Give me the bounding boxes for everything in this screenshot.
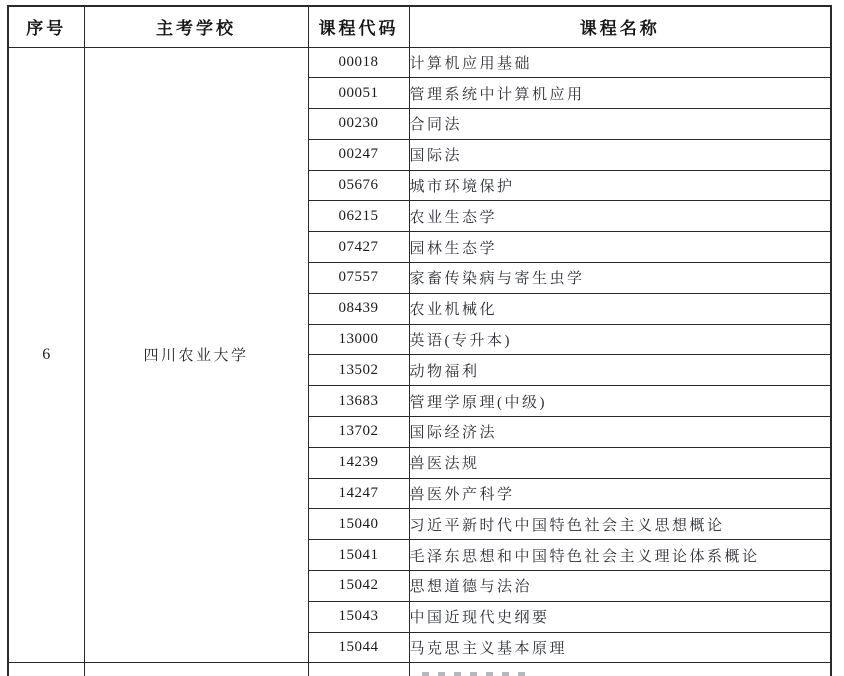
course-code-cell: 13000 xyxy=(308,324,409,355)
course-code-cell: 15042 xyxy=(308,571,409,602)
header-code: 课程代码 xyxy=(308,6,409,47)
course-code-cell: 15044 xyxy=(308,632,409,663)
partial-row xyxy=(8,663,831,676)
course-table-body: 6四川农业大学00018计算机应用基础00051管理系统中计算机应用00230合… xyxy=(8,47,831,663)
group-school-cell: 四川农业大学 xyxy=(84,47,308,663)
course-name-cell: 城市环境保护 xyxy=(409,170,831,201)
course-code-cell: 15043 xyxy=(308,601,409,632)
course-name-cell: 习近平新时代中国特色社会主义思想概论 xyxy=(409,509,831,540)
course-code-cell: 13702 xyxy=(308,417,409,448)
next-section-partial xyxy=(8,663,831,676)
header-row: 序号 主考学校 课程代码 课程名称 xyxy=(8,6,831,47)
partial-serial-cell xyxy=(8,663,84,676)
course-name-cell: 毛泽东思想和中国特色社会主义理论体系概论 xyxy=(409,540,831,571)
header-serial: 序号 xyxy=(8,6,84,47)
course-code-cell: 00051 xyxy=(308,78,409,109)
course-name-cell: 兽医法规 xyxy=(409,447,831,478)
course-code-cell: 00247 xyxy=(308,139,409,170)
course-name-cell: 英语(专升本) xyxy=(409,324,831,355)
course-code-cell: 07427 xyxy=(308,232,409,263)
course-name-cell: 管理系统中计算机应用 xyxy=(409,78,831,109)
course-code-cell: 13683 xyxy=(308,386,409,417)
header-school: 主考学校 xyxy=(84,6,308,47)
header-name: 课程名称 xyxy=(409,6,831,47)
course-code-cell: 05676 xyxy=(308,170,409,201)
group-serial-cell: 6 xyxy=(8,47,84,663)
course-code-cell: 07557 xyxy=(308,263,409,294)
course-code-cell: 00230 xyxy=(308,109,409,140)
course-code-cell: 15041 xyxy=(308,540,409,571)
course-name-cell: 农业机械化 xyxy=(409,293,831,324)
course-code-cell: 15040 xyxy=(308,509,409,540)
course-name-cell: 家畜传染病与寄生虫学 xyxy=(409,263,831,294)
partial-code-cell xyxy=(308,663,409,676)
course-row: 6四川农业大学00018计算机应用基础 xyxy=(8,47,831,78)
course-name-cell: 合同法 xyxy=(409,109,831,140)
partial-name-cell xyxy=(409,663,831,676)
course-name-cell: 中国近现代史纲要 xyxy=(409,601,831,632)
course-name-cell: 国际法 xyxy=(409,139,831,170)
table-header: 序号 主考学校 课程代码 课程名称 xyxy=(8,6,831,47)
course-name-cell: 兽医外产科学 xyxy=(409,478,831,509)
partial-school-cell xyxy=(84,663,308,676)
course-name-cell: 园林生态学 xyxy=(409,232,831,263)
course-code-cell: 00018 xyxy=(308,47,409,78)
course-name-cell: 管理学原理(中级) xyxy=(409,386,831,417)
course-table: 序号 主考学校 课程代码 课程名称 6四川农业大学00018计算机应用基础000… xyxy=(7,5,832,676)
course-name-cell: 马克思主义基本原理 xyxy=(409,632,831,663)
course-name-cell: 思想道德与法治 xyxy=(409,571,831,602)
course-code-cell: 14247 xyxy=(308,478,409,509)
course-name-cell: 计算机应用基础 xyxy=(409,47,831,78)
course-code-cell: 13502 xyxy=(308,355,409,386)
document-page: 序号 主考学校 课程代码 课程名称 6四川农业大学00018计算机应用基础000… xyxy=(0,0,844,676)
course-code-cell: 14239 xyxy=(308,447,409,478)
course-name-cell: 动物福利 xyxy=(409,355,831,386)
course-code-cell: 08439 xyxy=(308,293,409,324)
clipped-text-fragment xyxy=(422,672,534,676)
course-name-cell: 国际经济法 xyxy=(409,417,831,448)
course-code-cell: 06215 xyxy=(308,201,409,232)
course-name-cell: 农业生态学 xyxy=(409,201,831,232)
